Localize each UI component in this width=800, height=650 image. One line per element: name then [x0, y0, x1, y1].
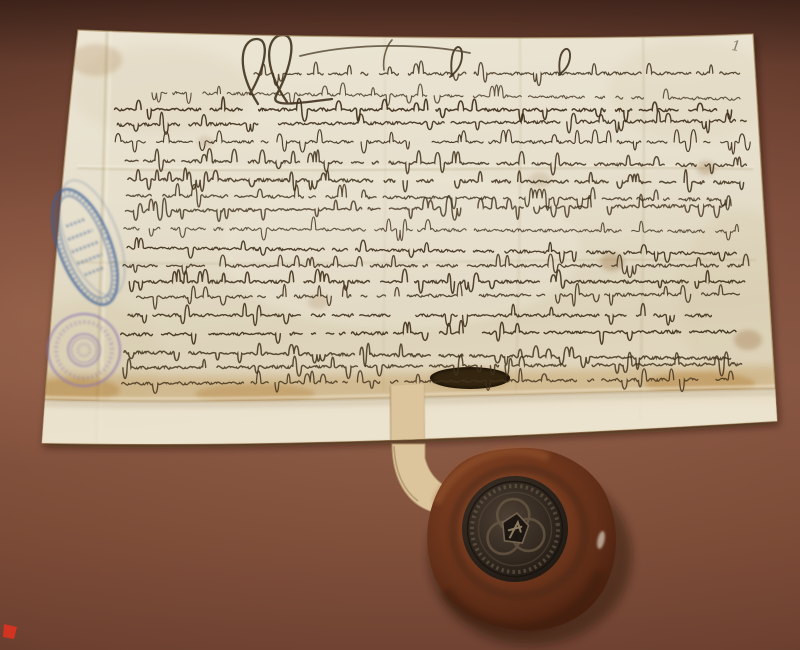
parchment-document: 1 [20, 30, 800, 445]
red-corner-mark [3, 624, 17, 639]
seal-tail-upper [390, 384, 425, 445]
wax-seal [427, 448, 616, 631]
tag-slit-right [424, 384, 425, 443]
charter-photo-scene: 1 [0, 0, 800, 650]
tag-slit-left [390, 386, 391, 445]
photo-stage: 1 [0, 0, 800, 650]
